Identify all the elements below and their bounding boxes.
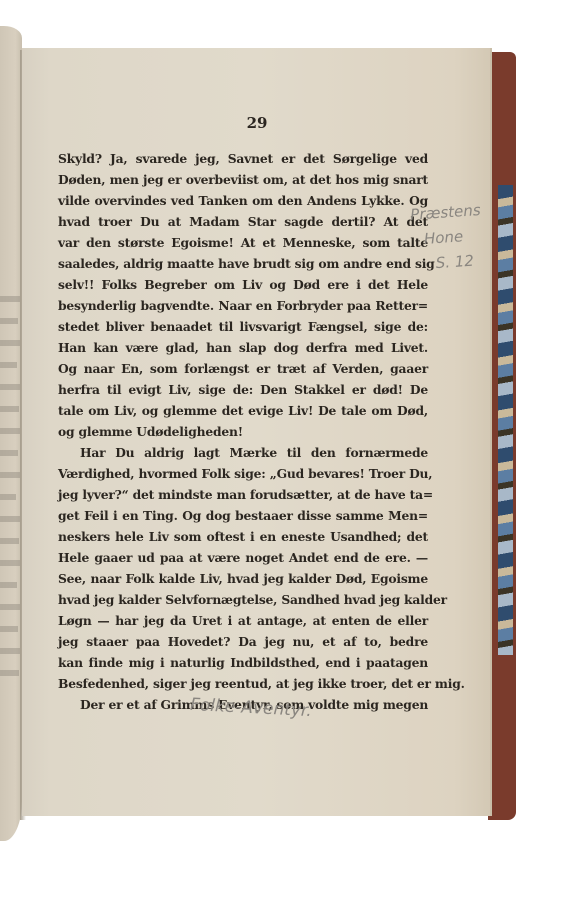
- text-line: Hele gaaer ud paa at være noget Andet en…: [58, 547, 428, 568]
- bleed-text-line: [0, 604, 20, 610]
- bleed-text-line: [0, 670, 19, 676]
- text-line: herfra til evigt Liv, sige de: Den Stakk…: [58, 379, 428, 400]
- bleed-text-line: [0, 516, 20, 522]
- bleed-text-line: [0, 340, 20, 346]
- bleed-text-line: [0, 648, 20, 654]
- text-line: selv!! Folks Begreber om Liv og Død ere …: [58, 274, 428, 295]
- text-line: jeg lyver?“ det mindste man forudsætter,…: [58, 484, 428, 505]
- text-line: get Feil i en Ting. Og dog bestaaer diss…: [58, 505, 428, 526]
- previous-leaf: [0, 26, 22, 841]
- bleed-text-line: [0, 626, 18, 632]
- bleed-text-line: [0, 362, 17, 368]
- text-line: jeg staaer paa Hovedet? Da jeg nu, et af…: [58, 631, 428, 652]
- bleed-text-line: [0, 318, 18, 324]
- text-line: besynderlig bagvendte. Naar en Forbryder…: [58, 295, 428, 316]
- bleed-text-line: [0, 428, 20, 434]
- text-line: Han kan være glad, han slap dog derfra m…: [58, 337, 428, 358]
- book-page: 29 Skyld? Ja, svarede jeg, Savnet er det…: [22, 48, 492, 816]
- text-line: vilde overvindes ved Tanken om den Anden…: [58, 190, 428, 211]
- bleed-text-line: [0, 538, 19, 544]
- text-line: See, naar Folk kalde Liv, hvad jeg kalde…: [58, 568, 428, 589]
- text-line: neskers hele Liv som oftest i en eneste …: [58, 526, 428, 547]
- bleed-text-line: [0, 296, 20, 302]
- bleed-text-line: [0, 384, 20, 390]
- text-line: Døden, men jeg er overbeviist om, at det…: [58, 169, 428, 190]
- page-number: 29: [22, 114, 492, 132]
- text-line: Og naar En, som forlængst er træt af Ver…: [58, 358, 428, 379]
- text-line: kan finde mig i naturlig Indbildsthed, e…: [58, 652, 428, 673]
- text-line: Besfedenhed, siger jeg reentud, at jeg i…: [58, 673, 428, 694]
- text-line: tale om Liv, og glemme det evige Liv! De…: [58, 400, 428, 421]
- bleed-text-line: [0, 582, 17, 588]
- bleed-text-line: [0, 406, 19, 412]
- text-line: Skyld? Ja, svarede jeg, Savnet er det Sø…: [58, 148, 428, 169]
- text-line: Har Du aldrig lagt Mærke til den fornærm…: [58, 442, 428, 463]
- bleed-text-line: [0, 560, 20, 566]
- text-line: hvad jeg kalder Selvfornægtelse, Sandhed…: [58, 589, 428, 610]
- bleed-text-line: [0, 472, 20, 478]
- text-line: Værdighed, hvormed Folk sige: „Gud bevar…: [58, 463, 428, 484]
- marbled-board-edge: [498, 185, 513, 655]
- bleed-text-line: [0, 494, 16, 500]
- text-line: saaledes, aldrig maatte have brudt sig o…: [58, 253, 428, 274]
- text-line: stedet bliver benaadet til livsvarigt Fæ…: [58, 316, 428, 337]
- text-line: Løgn — har jeg da Uret i at antage, at e…: [58, 610, 428, 631]
- text-line: hvad troer Du at Madam Star sagde dertil…: [58, 211, 428, 232]
- text-line: var den største Egoisme! At et Menneske,…: [58, 232, 428, 253]
- text-line: og glemme Udødeligheden!: [58, 421, 428, 442]
- pencil-margin-note: Præstens Hone S. 12: [409, 197, 494, 277]
- page-body-text: Skyld? Ja, svarede jeg, Savnet er det Sø…: [58, 148, 428, 715]
- bleed-text-line: [0, 450, 18, 456]
